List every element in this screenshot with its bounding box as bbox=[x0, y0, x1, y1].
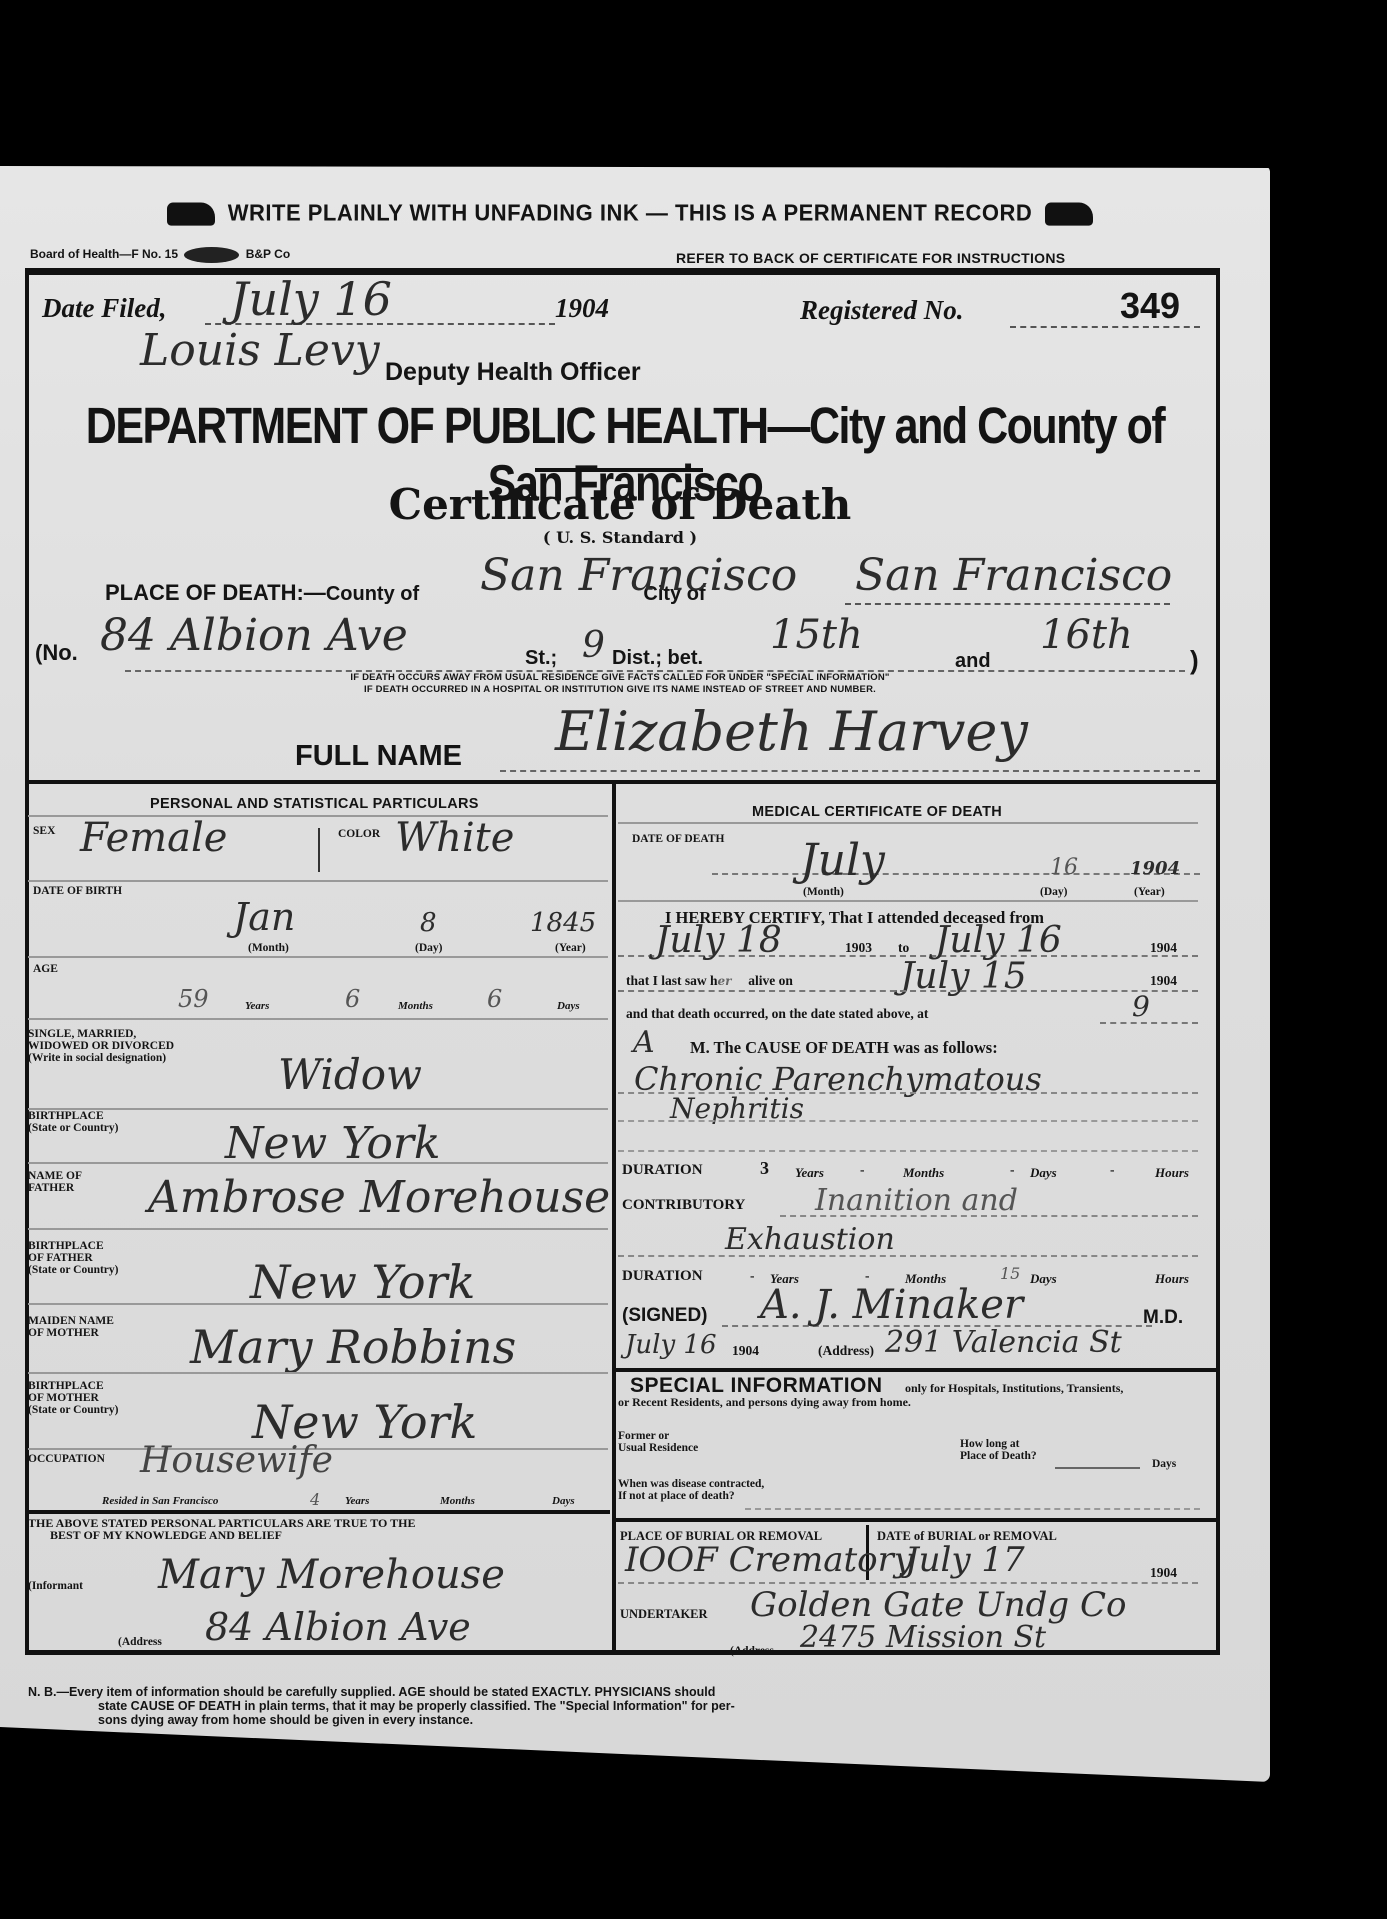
mother-name-label-2: OF MOTHER bbox=[28, 1327, 114, 1339]
district-label: Dist.; bet. bbox=[612, 647, 703, 670]
refer-instructions: REFER TO BACK OF CERTIFICATE FOR INSTRUC… bbox=[676, 250, 1065, 266]
full-name-line bbox=[500, 770, 1200, 772]
marital-label: SINGLE, MARRIED, WIDOWED OR DIVORCED (Wr… bbox=[28, 1028, 174, 1064]
last-saw-pronoun: er bbox=[718, 974, 732, 988]
dod-day: 16 bbox=[1050, 855, 1078, 880]
burial-date-value: July 17 bbox=[905, 1540, 1025, 1580]
pointing-hand-icon bbox=[167, 203, 215, 226]
dob-month: Jan bbox=[233, 895, 295, 939]
attended-to: July 16 bbox=[935, 920, 1062, 961]
nb-instructions: N. B.—Every item of information should b… bbox=[28, 1685, 1118, 1727]
signed-value: A. J. Minaker bbox=[760, 1282, 1023, 1328]
cause-rule-2 bbox=[618, 1120, 1198, 1122]
to-label: to bbox=[898, 940, 909, 956]
duration2-label: DURATION bbox=[622, 1268, 703, 1285]
residence-note: IF DEATH OCCURS AWAY FROM USUAL RESIDENC… bbox=[170, 672, 1070, 696]
mother-name-label-1: MAIDEN NAME bbox=[28, 1315, 114, 1327]
duration-label: DURATION bbox=[622, 1162, 703, 1179]
last-saw-label: that I last saw her alive on bbox=[626, 973, 793, 989]
duration-months: - bbox=[860, 1162, 865, 1178]
contracted-label: When was disease contracted, If not at p… bbox=[618, 1478, 764, 1502]
rule bbox=[28, 1303, 608, 1305]
color-value: White bbox=[395, 815, 514, 861]
informant-label: (Informant bbox=[28, 1580, 83, 1592]
father-birthplace-label-1: BIRTHPLACE bbox=[28, 1240, 119, 1252]
and-label: and bbox=[955, 650, 991, 673]
street-value: 84 Albion Ave bbox=[100, 610, 408, 661]
certificate-title: Certificate of Death bbox=[300, 480, 940, 529]
contracted-label-1: When was disease contracted, bbox=[618, 1478, 764, 1490]
resided-months-caption: Months bbox=[440, 1495, 475, 1507]
officer-signature: Louis Levy bbox=[140, 325, 380, 376]
former-label-2: Usual Residence bbox=[618, 1442, 698, 1454]
duration2-days-caption: Days bbox=[1030, 1271, 1057, 1287]
nb-line-2: state CAUSE OF DEATH in plain terms, tha… bbox=[28, 1699, 1118, 1713]
contributory-line-2: Exhaustion bbox=[725, 1222, 895, 1257]
rule bbox=[28, 1018, 608, 1020]
date-filed-year: 1904 bbox=[555, 293, 609, 324]
color-label: COLOR bbox=[338, 828, 380, 840]
father-birthplace-label-3: (State or Country) bbox=[28, 1264, 119, 1276]
mother-name-value: Mary Robbins bbox=[190, 1320, 516, 1374]
duration-days-caption: Days bbox=[1030, 1165, 1057, 1181]
dod-year-caption: (Year) bbox=[1134, 886, 1165, 898]
burial-year: 1904 bbox=[1150, 1565, 1177, 1581]
age-label: AGE bbox=[33, 963, 58, 975]
personal-heading: PERSONAL AND STATISTICAL PARTICULARS bbox=[150, 796, 479, 812]
age-months: 6 bbox=[345, 985, 360, 1013]
duration-hours-caption: Hours bbox=[1155, 1165, 1189, 1181]
burial-line bbox=[618, 1582, 1198, 1584]
attestation: THE ABOVE STATED PERSONAL PARTICULARS AR… bbox=[28, 1517, 415, 1541]
dod-month-caption: (Month) bbox=[803, 886, 844, 898]
marital-label-3: (Write in social designation) bbox=[28, 1052, 174, 1064]
printer-name: B&P Co bbox=[246, 247, 290, 261]
sex-color-divider bbox=[318, 828, 320, 872]
signed-date: July 16 bbox=[625, 1330, 717, 1360]
full-name-label: FULL NAME bbox=[295, 740, 462, 773]
age-months-caption: Months bbox=[398, 1000, 433, 1012]
occupation-value: Housewife bbox=[140, 1440, 333, 1481]
duration-years-caption: Years bbox=[795, 1165, 824, 1181]
dod-label: DATE OF DEATH bbox=[632, 833, 724, 845]
time-line bbox=[1100, 1022, 1198, 1024]
last-saw-line bbox=[618, 990, 1198, 992]
close-paren: ) bbox=[1190, 645, 1199, 676]
union-seal-icon bbox=[184, 247, 239, 263]
birthplace-label: BIRTHPLACE (State or Country) bbox=[28, 1110, 119, 1134]
special-note: only for Hospitals, Institutions, Transi… bbox=[905, 1382, 1123, 1394]
occupation-label: OCCUPATION bbox=[28, 1453, 105, 1465]
contributory-rule-2 bbox=[618, 1255, 1198, 1257]
how-long-days: Days bbox=[1152, 1458, 1176, 1470]
father-name-label-2: FATHER bbox=[28, 1182, 82, 1194]
ink-warning-text: WRITE PLAINLY WITH UNFADING INK — THIS I… bbox=[228, 199, 1033, 225]
md-label: M.D. bbox=[1143, 1307, 1183, 1329]
signed-label: (SIGNED) bbox=[622, 1305, 708, 1327]
age-years-caption: Years bbox=[245, 1000, 269, 1012]
mother-birthplace-label: BIRTHPLACE OF MOTHER (State or Country) bbox=[28, 1380, 119, 1416]
attestation-line-2: BEST OF MY KNOWLEDGE AND BELIEF bbox=[28, 1529, 415, 1541]
dod-month: July bbox=[800, 835, 885, 886]
city-line bbox=[845, 603, 1170, 605]
father-birthplace-label: BIRTHPLACE OF FATHER (State or Country) bbox=[28, 1240, 119, 1276]
day-caption: (Day) bbox=[415, 942, 442, 954]
attended-to-year: 1904 bbox=[1150, 940, 1177, 956]
last-saw-year: 1904 bbox=[1150, 973, 1177, 989]
rule bbox=[614, 1518, 1220, 1522]
duration2-days: 15 bbox=[1000, 1264, 1020, 1283]
how-long-line bbox=[1055, 1467, 1140, 1469]
dod-line bbox=[712, 873, 1200, 875]
former-label-1: Former or bbox=[618, 1430, 698, 1442]
city-value: San Francisco bbox=[855, 550, 1172, 601]
physician-address-label: (Address) bbox=[818, 1343, 874, 1359]
full-name-value: Elizabeth Harvey bbox=[555, 700, 1028, 763]
contracted-label-2: If not at place of death? bbox=[618, 1490, 764, 1502]
ampm-value: A bbox=[633, 1025, 655, 1060]
attended-from-year: 1903 bbox=[845, 940, 872, 956]
between-street-1: 15th bbox=[770, 612, 863, 658]
signed-year: 1904 bbox=[732, 1343, 759, 1359]
form-id: Board of Health—F No. 15 B&P Co bbox=[30, 247, 290, 263]
nb-line-3: sons dying away from home should be give… bbox=[28, 1713, 1118, 1727]
mother-birthplace-label-1: BIRTHPLACE bbox=[28, 1380, 119, 1392]
rule bbox=[28, 1510, 610, 1514]
how-long-label: How long at Place of Death? bbox=[960, 1438, 1037, 1462]
last-saw-text: that I last saw h bbox=[626, 973, 718, 988]
contributory-label: CONTRIBUTORY bbox=[622, 1197, 745, 1214]
informant-address-value: 84 Albion Ave bbox=[205, 1605, 471, 1649]
father-birthplace-label-2: OF FATHER bbox=[28, 1252, 119, 1264]
burial-place-value: IOOF Crematory bbox=[625, 1540, 913, 1580]
time-value: 9 bbox=[1132, 990, 1150, 1023]
ink-warning: WRITE PLAINLY WITH UNFADING INK — THIS I… bbox=[85, 199, 1175, 226]
dod-day-caption: (Day) bbox=[1040, 886, 1067, 898]
physician-address-value: 291 Valencia St bbox=[885, 1325, 1122, 1360]
special-note-2: or Recent Residents, and persons dying a… bbox=[618, 1396, 911, 1408]
cause-rule-3 bbox=[618, 1150, 1198, 1152]
bottom-rule bbox=[25, 1650, 1220, 1655]
street-label: St.; bbox=[525, 647, 557, 670]
rule bbox=[28, 956, 608, 958]
age-days-caption: Days bbox=[557, 1000, 580, 1012]
contracted-line bbox=[745, 1508, 1200, 1510]
date-filed-value: July 16 bbox=[230, 272, 392, 326]
medical-heading: MEDICAL CERTIFICATE OF DEATH bbox=[752, 804, 1002, 820]
county-label: County of bbox=[326, 583, 419, 605]
duration2-hours-caption: Hours bbox=[1155, 1271, 1189, 1287]
father-name-value: Ambrose Morehouse bbox=[148, 1172, 610, 1223]
informant-value: Mary Morehouse bbox=[158, 1552, 505, 1598]
registered-number: 349 bbox=[1120, 285, 1180, 327]
undertaker-label: UNDERTAKER bbox=[620, 1608, 708, 1620]
year-caption: (Year) bbox=[555, 942, 586, 954]
sex-value: Female bbox=[80, 815, 227, 861]
date-filed-label: Date Filed, bbox=[42, 293, 166, 324]
father-birthplace-value: New York bbox=[250, 1255, 475, 1309]
certificate-standard: ( U. S. Standard ) bbox=[300, 528, 940, 547]
rule bbox=[28, 1372, 608, 1374]
occurred-text: and that death occurred, on the date sta… bbox=[626, 1006, 928, 1022]
resided-days-caption: Days bbox=[552, 1495, 575, 1507]
county-value: San Francisco bbox=[480, 550, 797, 601]
how-long-label-1: How long at bbox=[960, 1438, 1037, 1450]
birthplace-label-1: BIRTHPLACE bbox=[28, 1110, 119, 1122]
dob-label: DATE OF BIRTH bbox=[33, 885, 122, 897]
dob-year: 1845 bbox=[530, 908, 596, 938]
resided-years-caption: Years bbox=[345, 1495, 369, 1507]
between-street-2: 16th bbox=[1040, 612, 1133, 658]
residence-note-line-1: IF DEATH OCCURS AWAY FROM USUAL RESIDENC… bbox=[170, 672, 1070, 684]
undertaker-value: Golden Gate Undg Co bbox=[750, 1585, 1127, 1625]
contributory-rule-1 bbox=[780, 1215, 1198, 1217]
rule bbox=[28, 1228, 608, 1230]
nb-line-1: N. B.—Every item of information should b… bbox=[28, 1685, 1118, 1699]
marital-label-2: WIDOWED OR DIVORCED bbox=[28, 1040, 174, 1052]
how-long-label-2: Place of Death? bbox=[960, 1450, 1037, 1462]
sex-label: SEX bbox=[33, 825, 55, 837]
age-days: 6 bbox=[487, 985, 502, 1013]
duration-months-caption: Months bbox=[903, 1165, 944, 1181]
section-rule bbox=[25, 780, 1220, 784]
duration-hours: - bbox=[1110, 1162, 1115, 1178]
former-residence-label: Former or Usual Residence bbox=[618, 1430, 698, 1454]
month-caption: (Month) bbox=[248, 942, 289, 954]
duration-years: 3 bbox=[760, 1158, 769, 1179]
informant-address-label: (Address bbox=[118, 1636, 162, 1648]
mother-birthplace-label-2: OF MOTHER bbox=[28, 1392, 119, 1404]
contributory-line-1: Inanition and bbox=[815, 1183, 1018, 1218]
attended-from: July 18 bbox=[655, 920, 782, 961]
title-divider bbox=[535, 468, 703, 472]
residence-note-line-2: IF DEATH OCCURRED IN A HOSPITAL OR INSTI… bbox=[170, 684, 1070, 696]
birthplace-label-2: (State or Country) bbox=[28, 1122, 119, 1134]
form-number: Board of Health—F No. 15 bbox=[30, 247, 178, 261]
rule bbox=[28, 1162, 608, 1164]
rule bbox=[28, 880, 608, 882]
marital-value: Widow bbox=[278, 1050, 422, 1099]
resided-years: 4 bbox=[310, 1490, 320, 1509]
duration2-years: - bbox=[750, 1268, 755, 1284]
rule bbox=[618, 822, 1198, 824]
cause-text: M. The CAUSE OF DEATH was as follows: bbox=[690, 1038, 998, 1058]
father-name-label-1: NAME OF bbox=[28, 1170, 82, 1182]
duration-days: - bbox=[1010, 1162, 1015, 1178]
mother-birthplace-label-3: (State or Country) bbox=[28, 1404, 119, 1416]
place-of-death-label: PLACE OF DEATH:— bbox=[105, 580, 326, 605]
officer-title: Deputy Health Officer bbox=[385, 358, 641, 387]
alive-on-label: alive on bbox=[748, 973, 793, 988]
street-number-label: (No. bbox=[35, 640, 78, 666]
dob-day: 8 bbox=[420, 908, 437, 938]
dod-year: 1904 bbox=[1130, 858, 1180, 879]
ward-value: 9 bbox=[582, 625, 605, 666]
rule bbox=[618, 900, 1198, 902]
marital-label-1: SINGLE, MARRIED, bbox=[28, 1028, 174, 1040]
resided-label: Resided in San Francisco bbox=[102, 1495, 218, 1507]
pointing-hand-icon bbox=[1045, 203, 1093, 226]
rule bbox=[614, 1368, 1220, 1372]
registered-label: Registered No. bbox=[800, 295, 963, 326]
father-name-label: NAME OF FATHER bbox=[28, 1170, 82, 1194]
mother-name-label: MAIDEN NAME OF MOTHER bbox=[28, 1315, 114, 1339]
age-years: 59 bbox=[178, 985, 209, 1013]
